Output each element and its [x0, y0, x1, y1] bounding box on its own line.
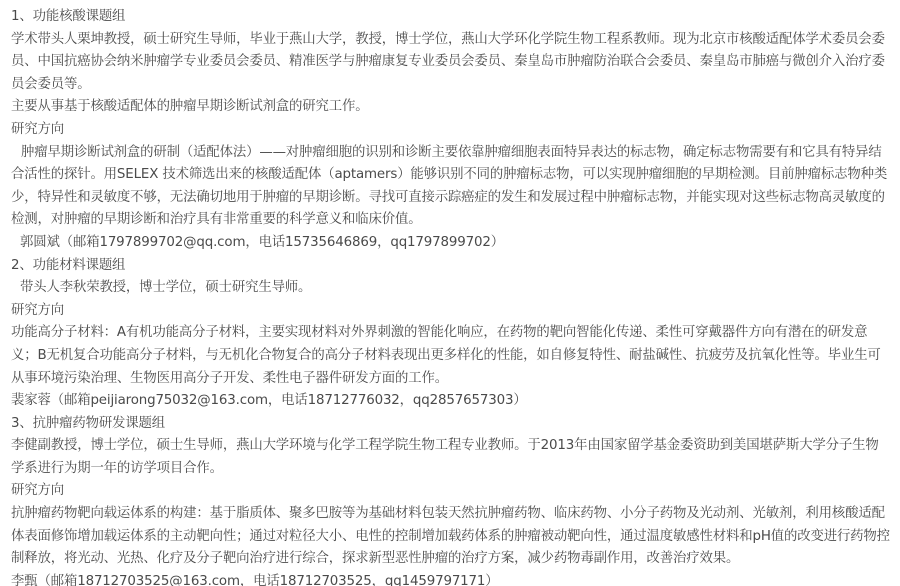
group-1-direction-text: 肿瘤早期诊断试剂盒的研制（适配体法）——对肿瘤细胞的识别和诊断主要依靠肿瘤细胞表…	[11, 142, 891, 232]
document-body: 1、功能核酸课题组 学术带头人栗坤教授，硕士研究生导师，毕业于燕山大学，教授，博…	[0, 0, 891, 586]
group-1-leader-bio: 学术带头人栗坤教授，硕士研究生导师，毕业于燕山大学，教授，博士学位，燕山大学环化…	[11, 29, 891, 97]
group-1-contact: 郭圆斌（邮箱1797899702@qq.com，电话15735646869，qq…	[11, 232, 891, 255]
group-3-contact: 李甄（邮箱18712703525@163.com，电话18712703525，q…	[11, 571, 891, 586]
group-2-direction-label: 研究方向	[11, 300, 891, 323]
group-3-direction-text: 抗肿瘤药物靶向载运体系的构建：基于脂质体、聚多巴胺等为基础材料包装天然抗肿瘤药物…	[11, 503, 891, 571]
group-3-heading: 3、抗肿瘤药物研发课题组	[11, 413, 891, 436]
group-2-direction-text: 功能高分子材料：A有机功能高分子材料，主要实现材料对外界刺激的智能化响应，在药物…	[11, 322, 891, 390]
group-3-direction-label: 研究方向	[11, 480, 891, 503]
group-1-focus: 主要从事基于核酸适配体的肿瘤早期诊断试剂盒的研究工作。	[11, 96, 891, 119]
group-2-leader-bio: 带头人李秋荣教授，博士学位，硕士研究生导师。	[11, 277, 891, 300]
group-1-direction-label: 研究方向	[11, 119, 891, 142]
group-3-leader-bio: 李健副教授，博士学位，硕士生导师，燕山大学环境与化学工程学院生物工程专业教师。于…	[11, 435, 891, 480]
group-2-contact: 裴家蓉（邮箱peijiarong75032@163.com，电话18712776…	[11, 390, 891, 413]
group-1-heading: 1、功能核酸课题组	[11, 6, 891, 29]
group-2-heading: 2、功能材料课题组	[11, 255, 891, 278]
